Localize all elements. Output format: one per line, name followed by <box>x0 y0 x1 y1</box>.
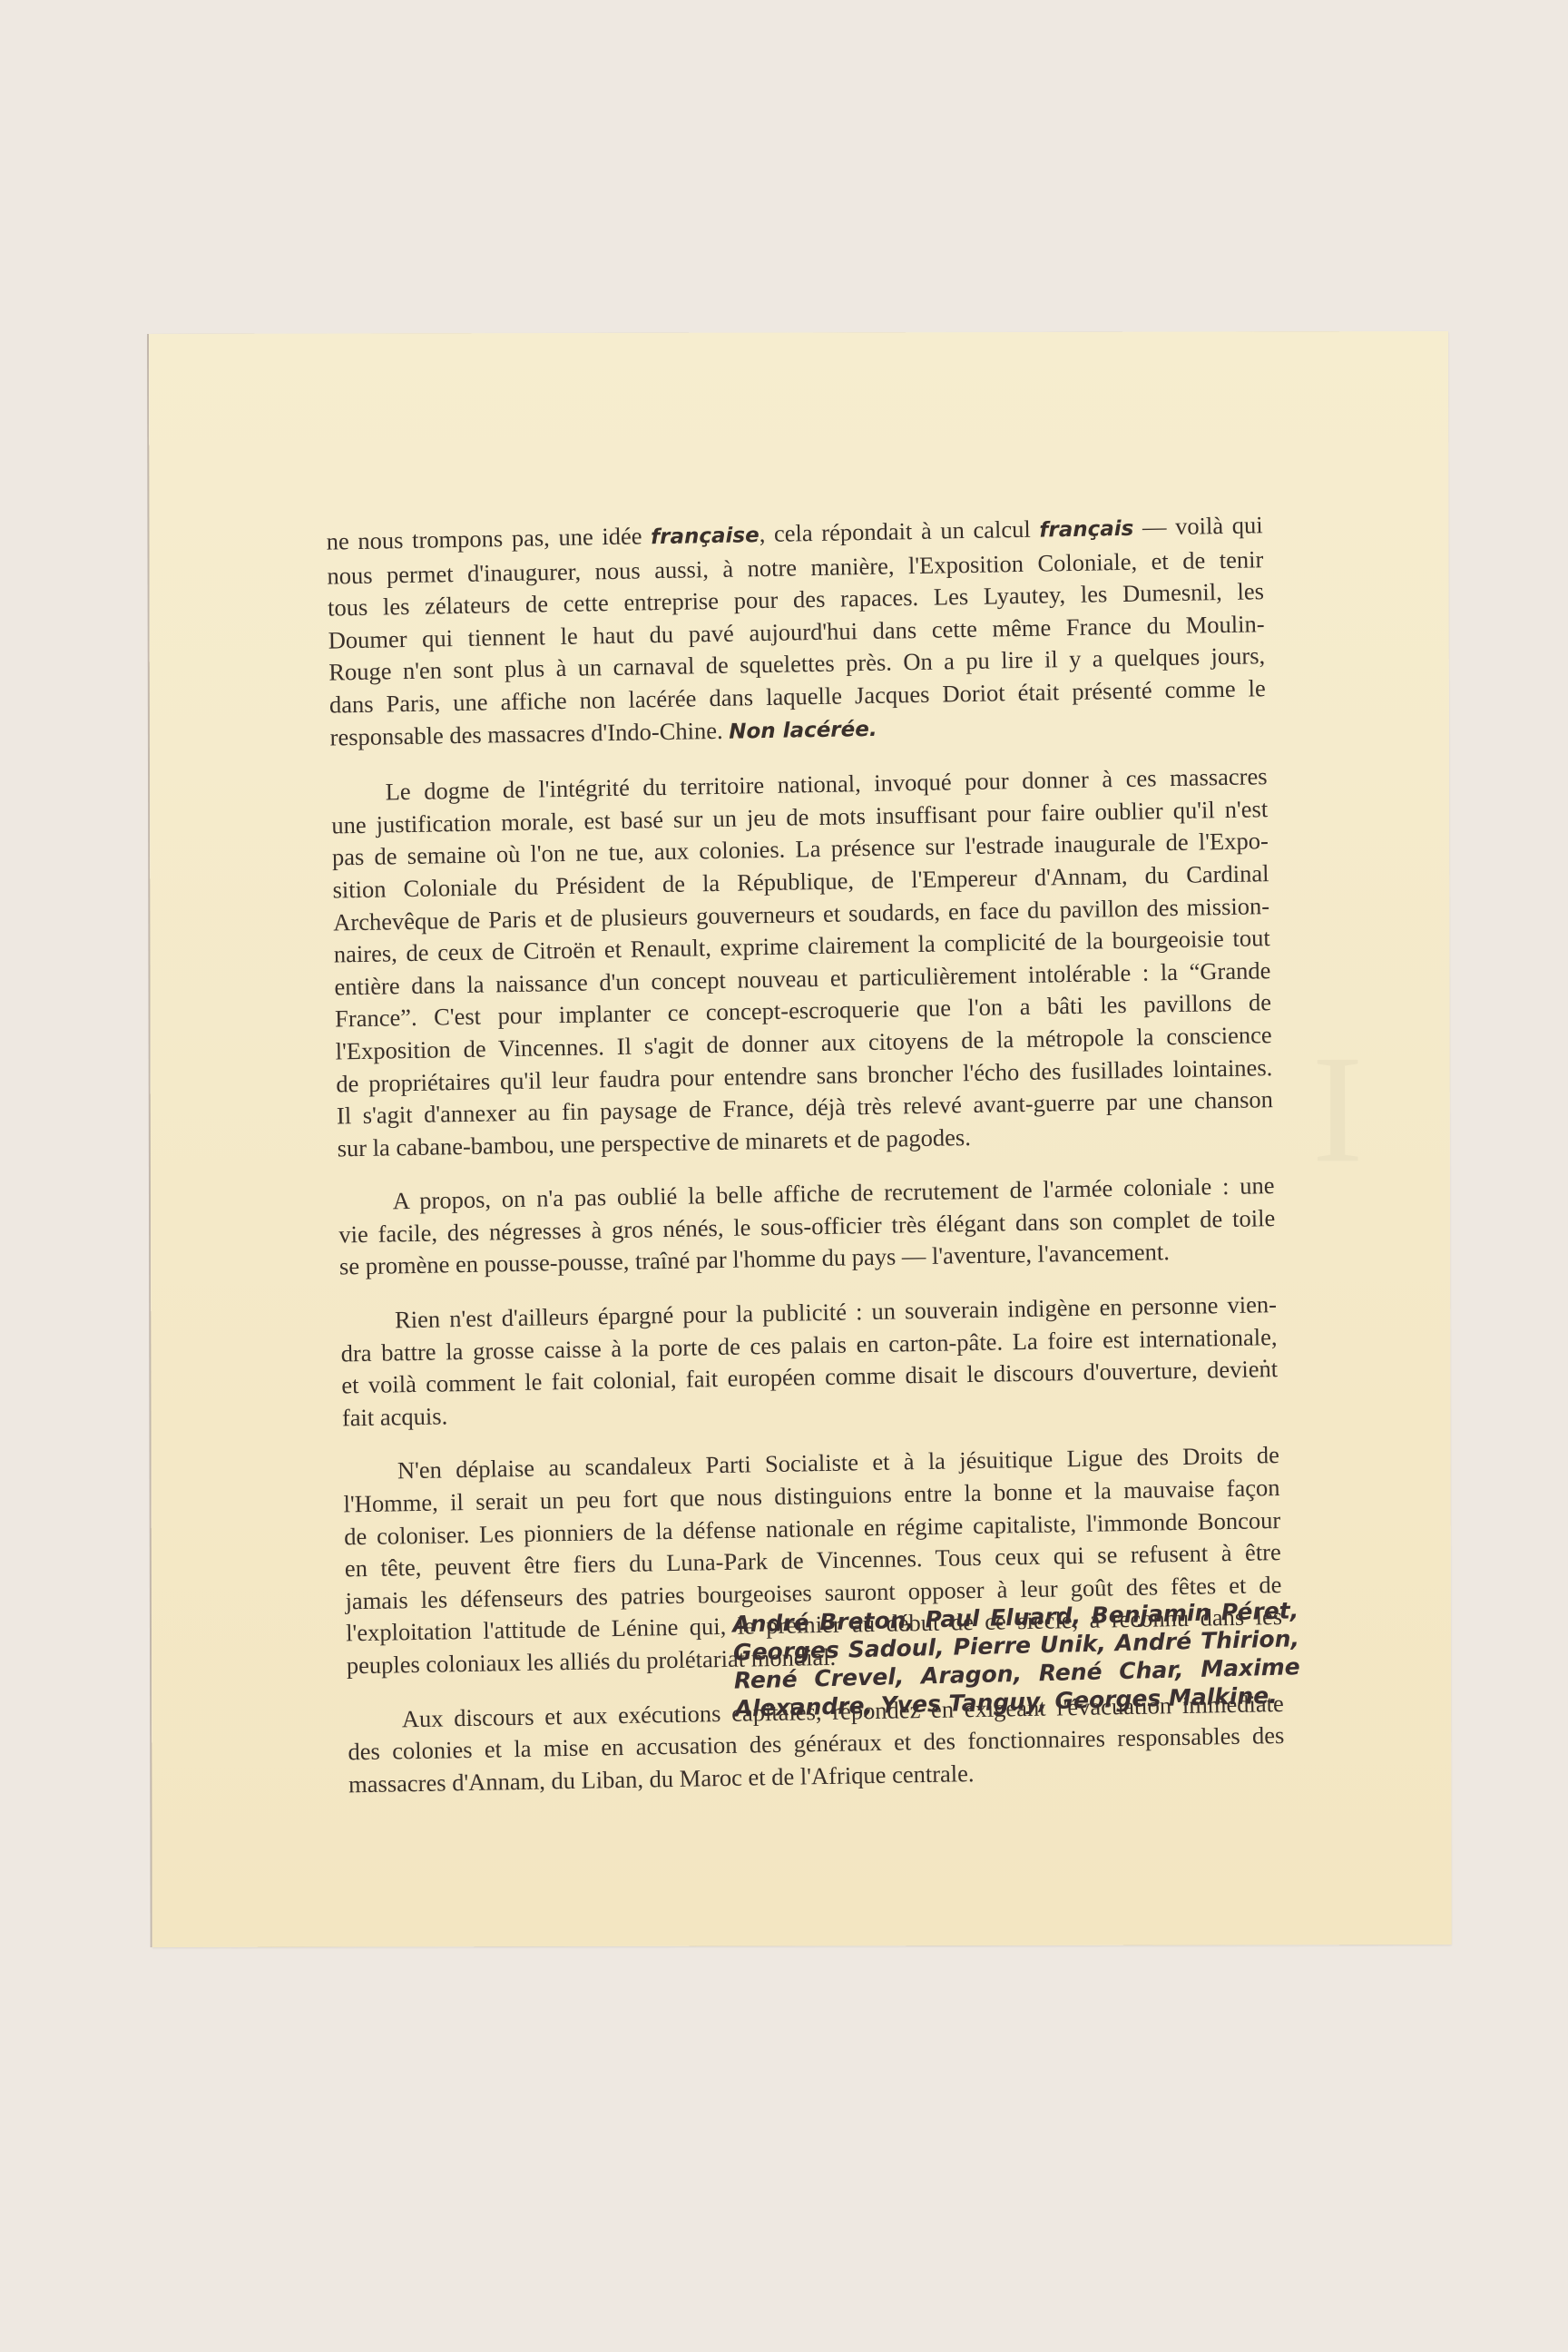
signatories-block: André Breton, Paul Eluard, Benjamin Pére… <box>732 1596 1301 1722</box>
reverse-side-show-through: I <box>1312 1021 1369 1198</box>
paragraph: Le dogme de l'intégrité du territoire na… <box>330 760 1273 1164</box>
text-segment: fait acquis. <box>342 1402 448 1431</box>
paragraph: ne nous trompons pas, une idée française… <box>326 509 1266 755</box>
paragraph: A propos, on n'a pas oublié la belle aff… <box>338 1170 1276 1283</box>
text-segment: responsable des massacres d'Indo-Chine. <box>329 716 729 750</box>
paragraph: Rien n'est d'ailleurs épargné pour la pu… <box>340 1289 1279 1435</box>
emphasized-text: français <box>1039 517 1133 543</box>
text-segment: , cela répondait à un calcul <box>759 515 1039 547</box>
text-segment: ne nous trompons pas, une idée <box>326 522 651 554</box>
ink-speck <box>1263 1359 1266 1362</box>
emphasized-text: Non lacérée. <box>729 717 877 743</box>
document-page: I ne nous trompons pas, une idée françai… <box>149 331 1452 1947</box>
emphasized-text: française <box>651 524 759 549</box>
text-segment: — voilà qui <box>1133 511 1263 541</box>
